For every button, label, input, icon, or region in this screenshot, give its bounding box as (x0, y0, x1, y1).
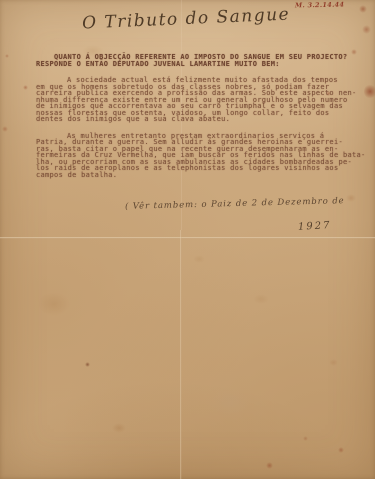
stain (266, 462, 273, 469)
handwritten-note: ( Vêr tambem: o Paiz de 2 de Dezembro de (125, 196, 345, 212)
paragraph-line: campos de batalha. (36, 172, 374, 179)
typed-heading: QUANTO Á OBJECÇÃO REFERENTE AO IMPOSTO D… (36, 54, 374, 68)
stain (359, 5, 367, 13)
scanned-document-page: M. 3.2.14.44 O Tributo do Sangue QUANTO … (0, 0, 375, 479)
stain (112, 423, 126, 433)
archival-reference-mark: M. 3.2.14.44 (295, 1, 344, 10)
heading-line: RESPONDE O ENTÃO DEPUTADO JUVENAL LAMART… (36, 61, 374, 68)
stain (253, 294, 269, 304)
stain (193, 255, 205, 263)
stain (38, 292, 70, 316)
stain (210, 388, 250, 418)
typed-paragraph-1: A sociedade actual está felizmente muito… (36, 77, 374, 123)
stain (2, 126, 8, 132)
vertical-fold-crease (180, 230, 182, 479)
stain (303, 436, 308, 441)
stain (338, 447, 344, 453)
stain (346, 194, 356, 202)
stain (329, 359, 338, 366)
stain (362, 25, 371, 34)
typed-paragraph-2: As mulheres entretanto prestam extraordi… (36, 133, 374, 179)
handwritten-title: O Tributo do Sangue (82, 4, 291, 33)
stain (23, 85, 28, 90)
stain (85, 362, 90, 367)
typed-text-block: QUANTO Á OBJECÇÃO REFERENTE AO IMPOSTO D… (36, 54, 374, 188)
handwritten-year: 1927 (298, 220, 332, 233)
horizontal-fold-crease (0, 237, 375, 239)
stain (5, 54, 9, 58)
